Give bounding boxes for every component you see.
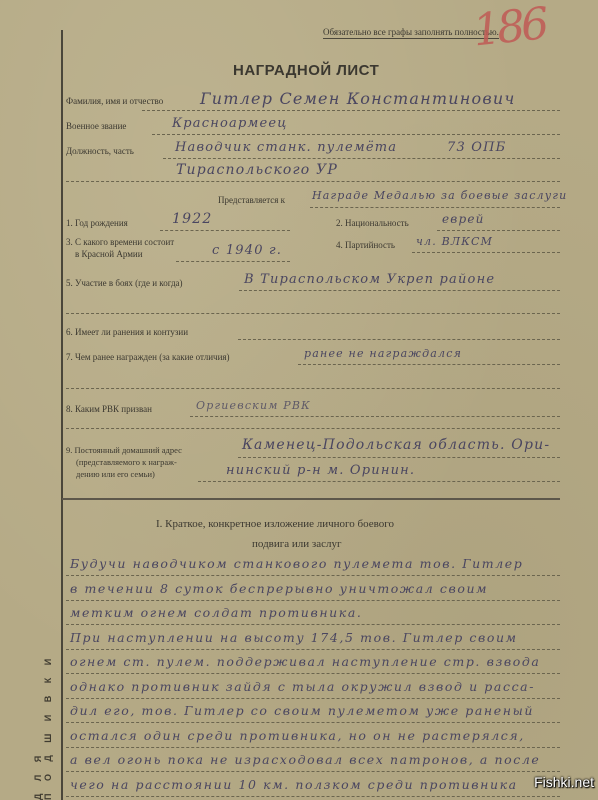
narrative-line: остался один среди противника, но он не … — [70, 728, 525, 743]
binding-margin-label: для подшивки — [33, 600, 45, 800]
birth-year-label: 1. Год рождения — [66, 218, 128, 228]
service-since-label: 3. С какого времени состоит — [66, 237, 174, 247]
address-label: 9. Постоянный домашний адрес — [66, 445, 182, 455]
birth-year-value: 1922 — [172, 211, 212, 227]
battles-value: В Тираспольском Укреп районе — [244, 272, 495, 287]
narrative-line: При наступлении на высоту 174,5 тов. Гит… — [70, 630, 518, 645]
narrative-line: а вел огонь пока не израсходовал всех па… — [70, 752, 540, 767]
party-value: чл. ВЛКСМ — [416, 235, 493, 248]
position-value-line2: Тираспольского УР — [176, 162, 338, 178]
nationality-value: еврей — [442, 212, 485, 226]
rvk-value: Оргиевским РВК — [196, 399, 311, 412]
name-value: Гитлер Семен Константинович — [200, 89, 516, 108]
address-value: Каменец-Подольская область. Орu- — [242, 437, 550, 453]
prior-awards-label: 7. Чем ранее награжден (за какие отличия… — [66, 352, 230, 362]
narrative-line: в течении 8 суток беспрерывно уничтожал … — [70, 581, 488, 596]
address-value-line2: нинский р-н м. Оринин. — [226, 463, 415, 478]
narrative-line: Будучи наводчиком станкового пулемета то… — [70, 556, 523, 571]
prior-awards-value: ранее не награждался — [304, 347, 462, 360]
battles-label: 5. Участие в боях (где и когда) — [66, 278, 183, 288]
narrative-line: однако противник зайдя с тыла окружил вз… — [70, 679, 535, 694]
section-heading: I. Краткое, конкретное изложение личного… — [156, 518, 394, 530]
page-title: НАГРАДНОЙ ЛИСТ — [233, 62, 379, 79]
service-since-label-line2: в Красной Армии — [75, 249, 143, 259]
narrative-line: огнем ст. пулем. поддерживал наступление… — [70, 654, 540, 669]
section-heading-line2: подвига или заслуг — [252, 538, 342, 550]
nominated-value: Награде Медалью за боевые заслуги — [312, 189, 567, 202]
narrative-line: чего на расстоянии 10 км. ползком среди … — [70, 777, 518, 792]
wounds-label: 6. Имеет ли ранения и контузии — [66, 327, 188, 337]
address-label-line2: (представляемого к награж- — [76, 457, 177, 467]
watermark: Fishki.net — [534, 774, 594, 790]
section-divider — [62, 498, 560, 500]
service-since-value: с 1940 г. — [212, 243, 282, 258]
position-value: Наводчик станк. пулемёта — [175, 140, 397, 155]
party-label: 4. Партийность — [336, 240, 395, 250]
nationality-label: 2. Национальность — [336, 218, 409, 228]
sheet-number: 186 — [471, 0, 548, 57]
position-label: Должность, часть — [66, 146, 134, 156]
name-label: Фамилия, имя и отчество — [66, 96, 163, 106]
rank-label: Военное звание — [66, 121, 126, 131]
address-label-line3: дению или его семьи) — [76, 469, 155, 479]
narrative-line: дил его, тов. Гитлер со своим пулеметом … — [70, 703, 534, 718]
rvk-label: 8. Каким РВК призван — [66, 404, 152, 414]
binding-margin-line — [61, 30, 63, 800]
position-unit: 73 ОПБ — [447, 140, 506, 155]
rank-value: Красноармеец — [172, 116, 288, 131]
nominated-label: Представляется к — [218, 195, 285, 205]
narrative-line: метким огнем солдат противника. — [70, 605, 363, 620]
